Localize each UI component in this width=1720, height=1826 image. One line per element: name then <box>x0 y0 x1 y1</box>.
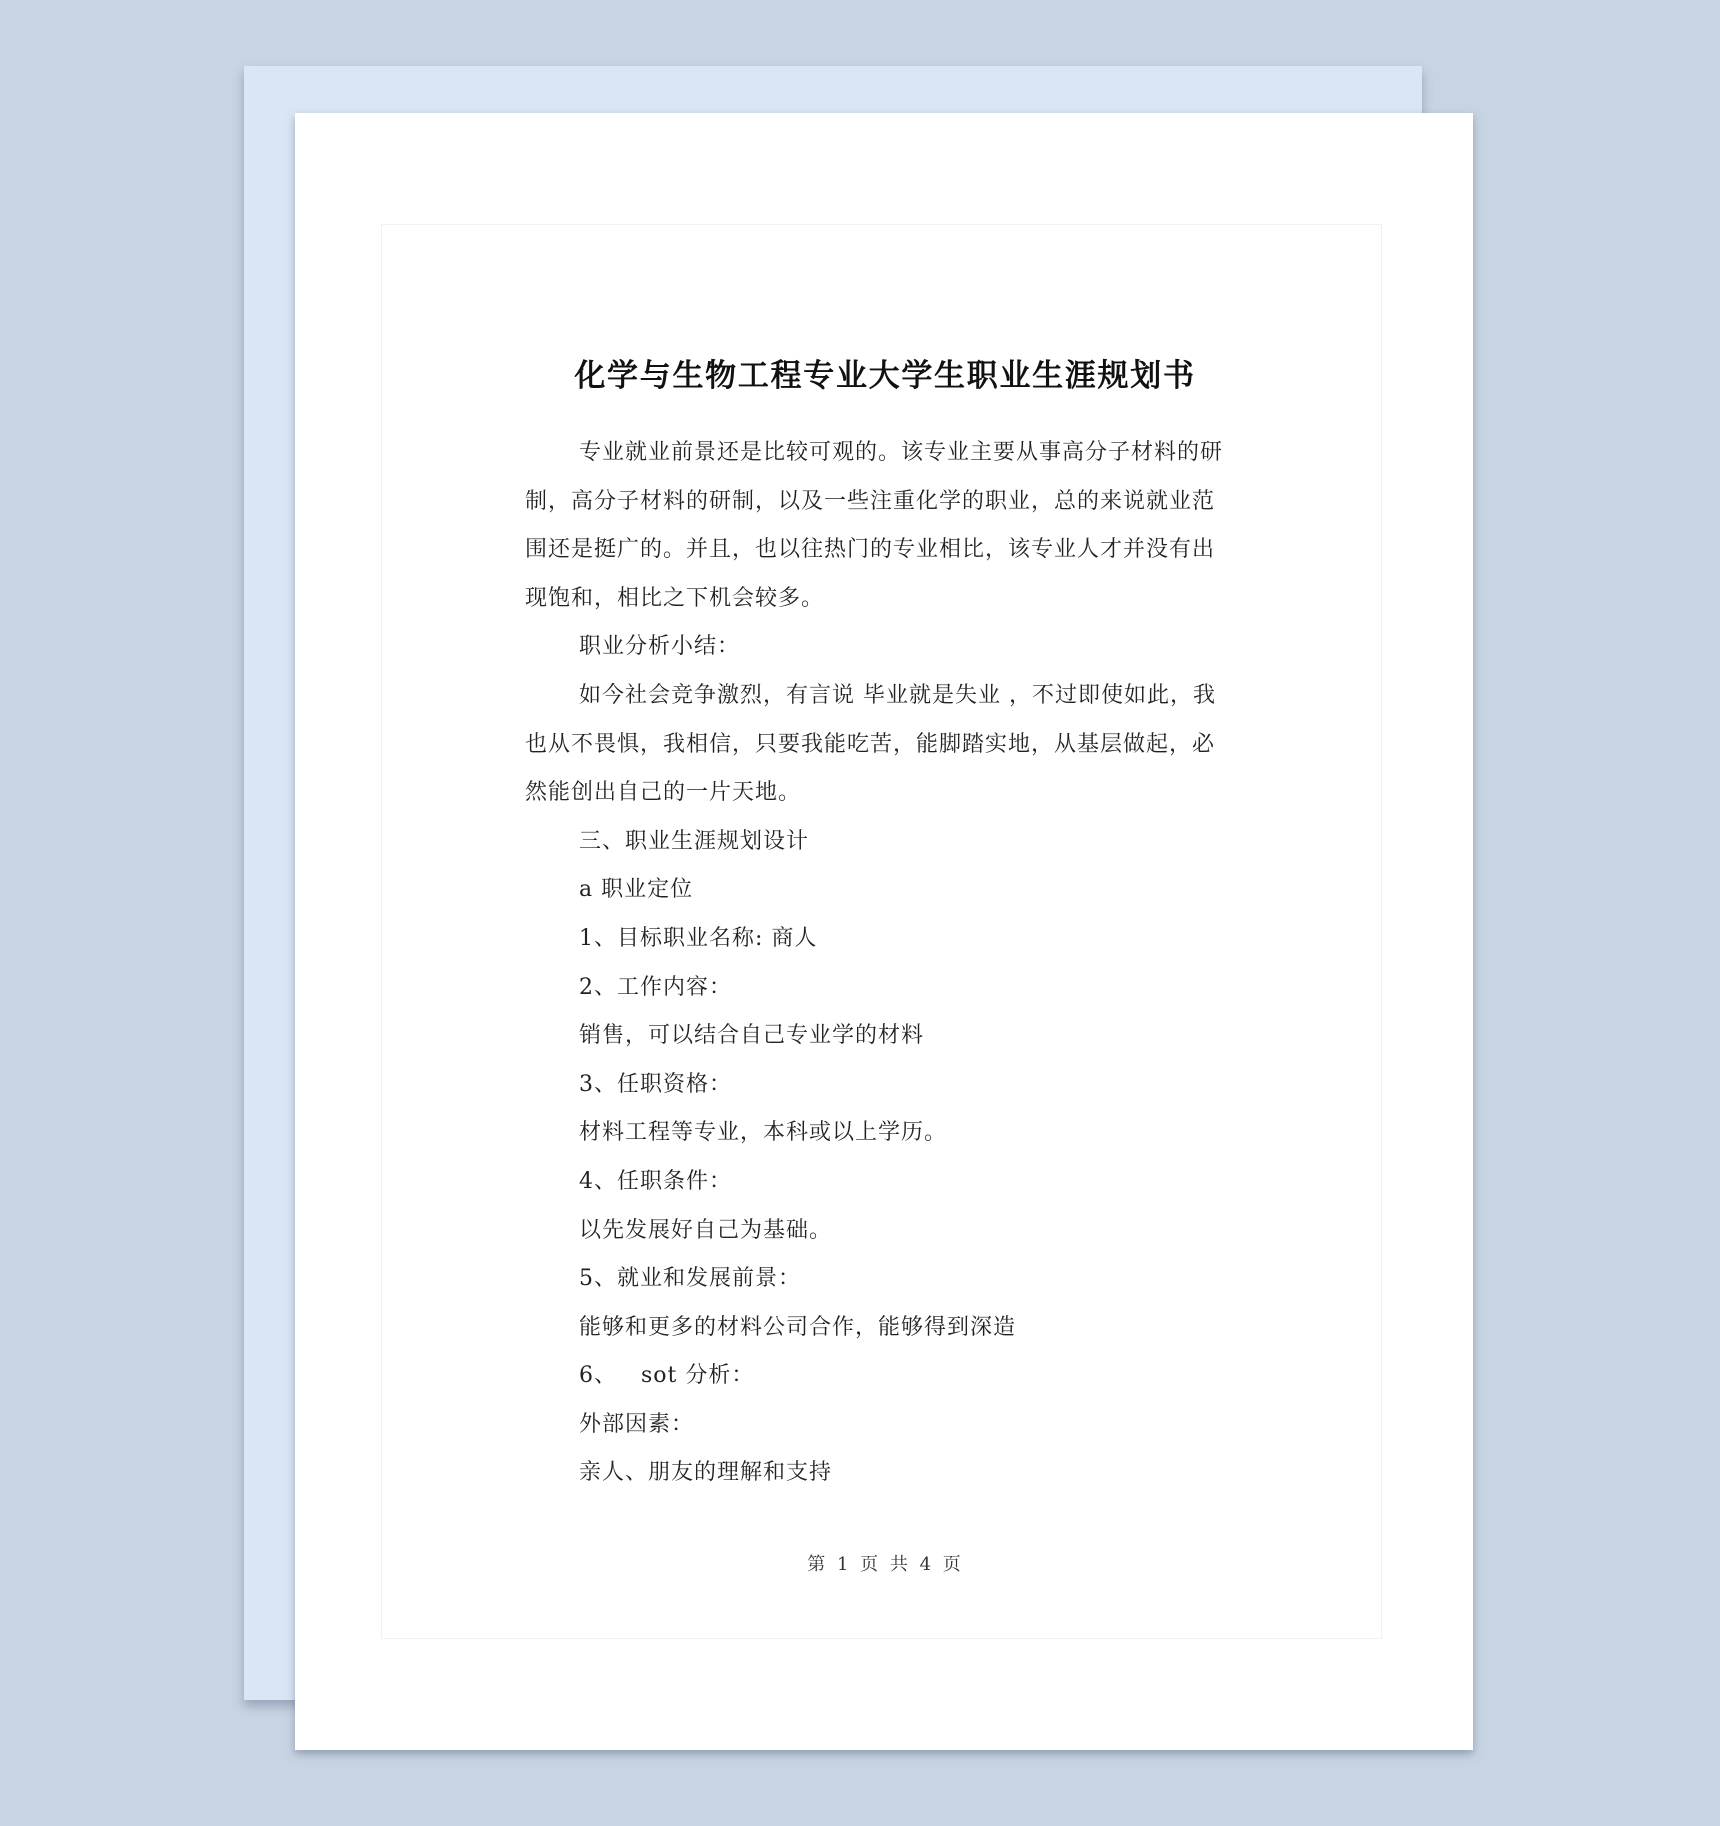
section-heading: 职业分析小结： <box>525 623 1225 672</box>
document-title: 化学与生物工程专业大学生职业生涯规划书 <box>297 358 1473 394</box>
body-line: 以先发展好自己为基础。 <box>525 1207 1225 1256</box>
list-item: 4、任职条件： <box>525 1158 1225 1207</box>
body-line: 专业就业前景还是比较可观的。该专业主要从事高分子材料的研 <box>525 429 1225 478</box>
page-number-footer: 第 1 页 共 4 页 <box>295 1553 1473 1577</box>
body-line: 销售，可以结合自己专业学的材料 <box>525 1012 1225 1061</box>
body-line: 外部因素： <box>525 1401 1225 1450</box>
section-heading: 三、职业生涯规划设计 <box>525 818 1225 867</box>
list-item: 3、任职资格： <box>525 1061 1225 1110</box>
body-line: 亲人、朋友的理解和支持 <box>525 1449 1225 1498</box>
subsection-heading: a 职业定位 <box>525 866 1225 915</box>
body-line: 然能创出自己的一片天地。 <box>525 769 1225 818</box>
list-item: 6、 sot 分析： <box>525 1352 1225 1401</box>
body-line: 现饱和，相比之下机会较多。 <box>525 575 1225 624</box>
list-item: 1、目标职业名称: 商人 <box>525 915 1225 964</box>
document-page: 化学与生物工程专业大学生职业生涯规划书 专业就业前景还是比较可观的。该专业主要从… <box>295 113 1473 1750</box>
body-line: 也从不畏惧，我相信，只要我能吃苦，能脚踏实地，从基层做起，必 <box>525 721 1225 770</box>
list-item: 5、就业和发展前景： <box>525 1255 1225 1304</box>
document-body: 专业就业前景还是比较可观的。该专业主要从事高分子材料的研 制，高分子材料的研制，… <box>525 429 1225 1498</box>
list-item: 2、工作内容： <box>525 964 1225 1013</box>
body-line: 如今社会竞争激烈，有言说 毕业就是失业 ，不过即使如此，我 <box>525 672 1225 721</box>
body-line: 围还是挺广的。并且，也以往热门的专业相比，该专业人才并没有出 <box>525 526 1225 575</box>
body-line: 制，高分子材料的研制，以及一些注重化学的职业，总的来说就业范 <box>525 478 1225 527</box>
body-line: 材料工程等专业，本科或以上学历。 <box>525 1109 1225 1158</box>
body-line: 能够和更多的材料公司合作，能够得到深造 <box>525 1304 1225 1353</box>
